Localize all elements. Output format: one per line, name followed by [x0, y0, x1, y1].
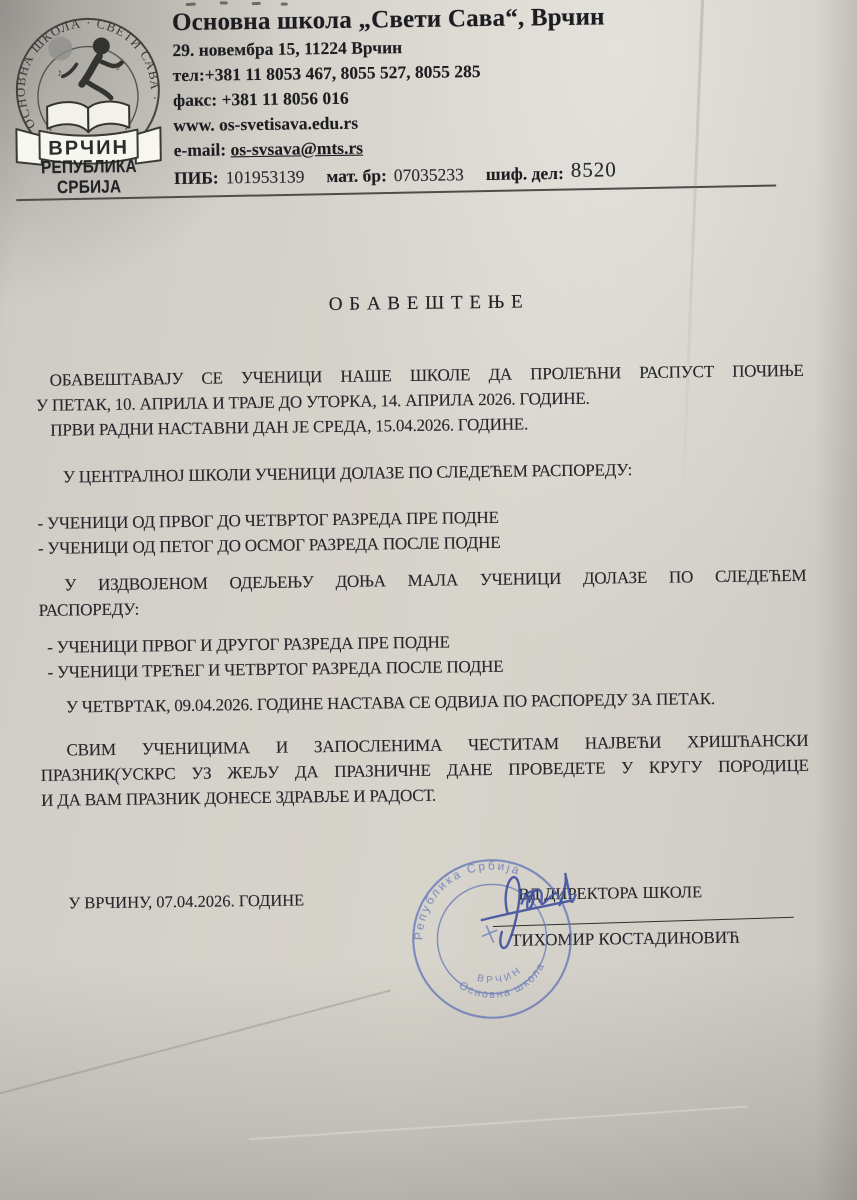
registry-line: ПИБ:101953139мат. бр:07035233шиф. дел:85… — [174, 157, 774, 190]
schedule-central-heading: У ЦЕНТРАЛНОЈ ШКОЛИ УЧЕНИЦИ ДОЛАЗЕ ПО СЛЕ… — [37, 455, 805, 490]
school-logo: ОСНОВНА ШКОЛА · СВЕТИ САВА · ♪ ♪ — [2, 3, 174, 197]
matbr-value: 07035233 — [394, 164, 464, 185]
paper-sheet: ОСНОВНА ШКОЛА · СВЕТИ САВА · ♪ ♪ — [0, 0, 857, 1200]
paper-crease — [0, 990, 391, 1099]
document-photo: ОСНОВНА ШКОЛА · СВЕТИ САВА · ♪ ♪ — [0, 0, 857, 1200]
sifdel-value: 8520 — [571, 157, 617, 182]
matbr-label: мат. бр: — [326, 165, 387, 186]
greeting-word: ПРАЗНИК — [41, 765, 116, 785]
signature-scribble — [465, 848, 607, 968]
top-edge-mark — [281, 3, 288, 6]
logo-book-icon — [47, 101, 129, 132]
logo-music-note-icon: ♪ — [55, 66, 63, 79]
letterhead: Основна школа „Свети Сава“, Врчин 29. но… — [172, 1, 774, 190]
logo-music-note-icon: ♪ — [115, 62, 122, 74]
school-logo-emblem: ОСНОВНА ШКОЛА · СВЕТИ САВА · ♪ ♪ — [2, 3, 174, 167]
sifdel-label: шиф. дел: — [486, 163, 564, 184]
republic-label: РЕПУБЛИКА СРБИЈА — [7, 157, 171, 199]
pib-value: 101953139 — [226, 166, 305, 187]
top-edge-mark — [252, 2, 261, 5]
notice-title: О Б А В Е Ш Т Е Њ Е — [0, 287, 855, 320]
top-edge-mark — [220, 1, 228, 4]
place-date: У ВРЧИНУ, 07.04.2026. ГОДИНЕ — [68, 890, 304, 913]
pib-label: ПИБ: — [174, 167, 219, 188]
paper-crease — [249, 1106, 748, 1141]
email-address: os-svsava@mts.rs — [230, 138, 363, 160]
thursday-note: У ЧЕТВРТАК, 09.04.2026. ГОДИНЕ НАСТАВА С… — [40, 685, 808, 720]
email-label: e-mail: — [174, 139, 227, 160]
notice-body: ОБАВЕШТАВАЈУ СЕ УЧЕНИЦИ НАШЕ ШКОЛЕ ДА ПР… — [0, 357, 857, 813]
logo-banner-text: ВРЧИН — [48, 137, 129, 160]
top-edge-mark — [186, 3, 196, 7]
